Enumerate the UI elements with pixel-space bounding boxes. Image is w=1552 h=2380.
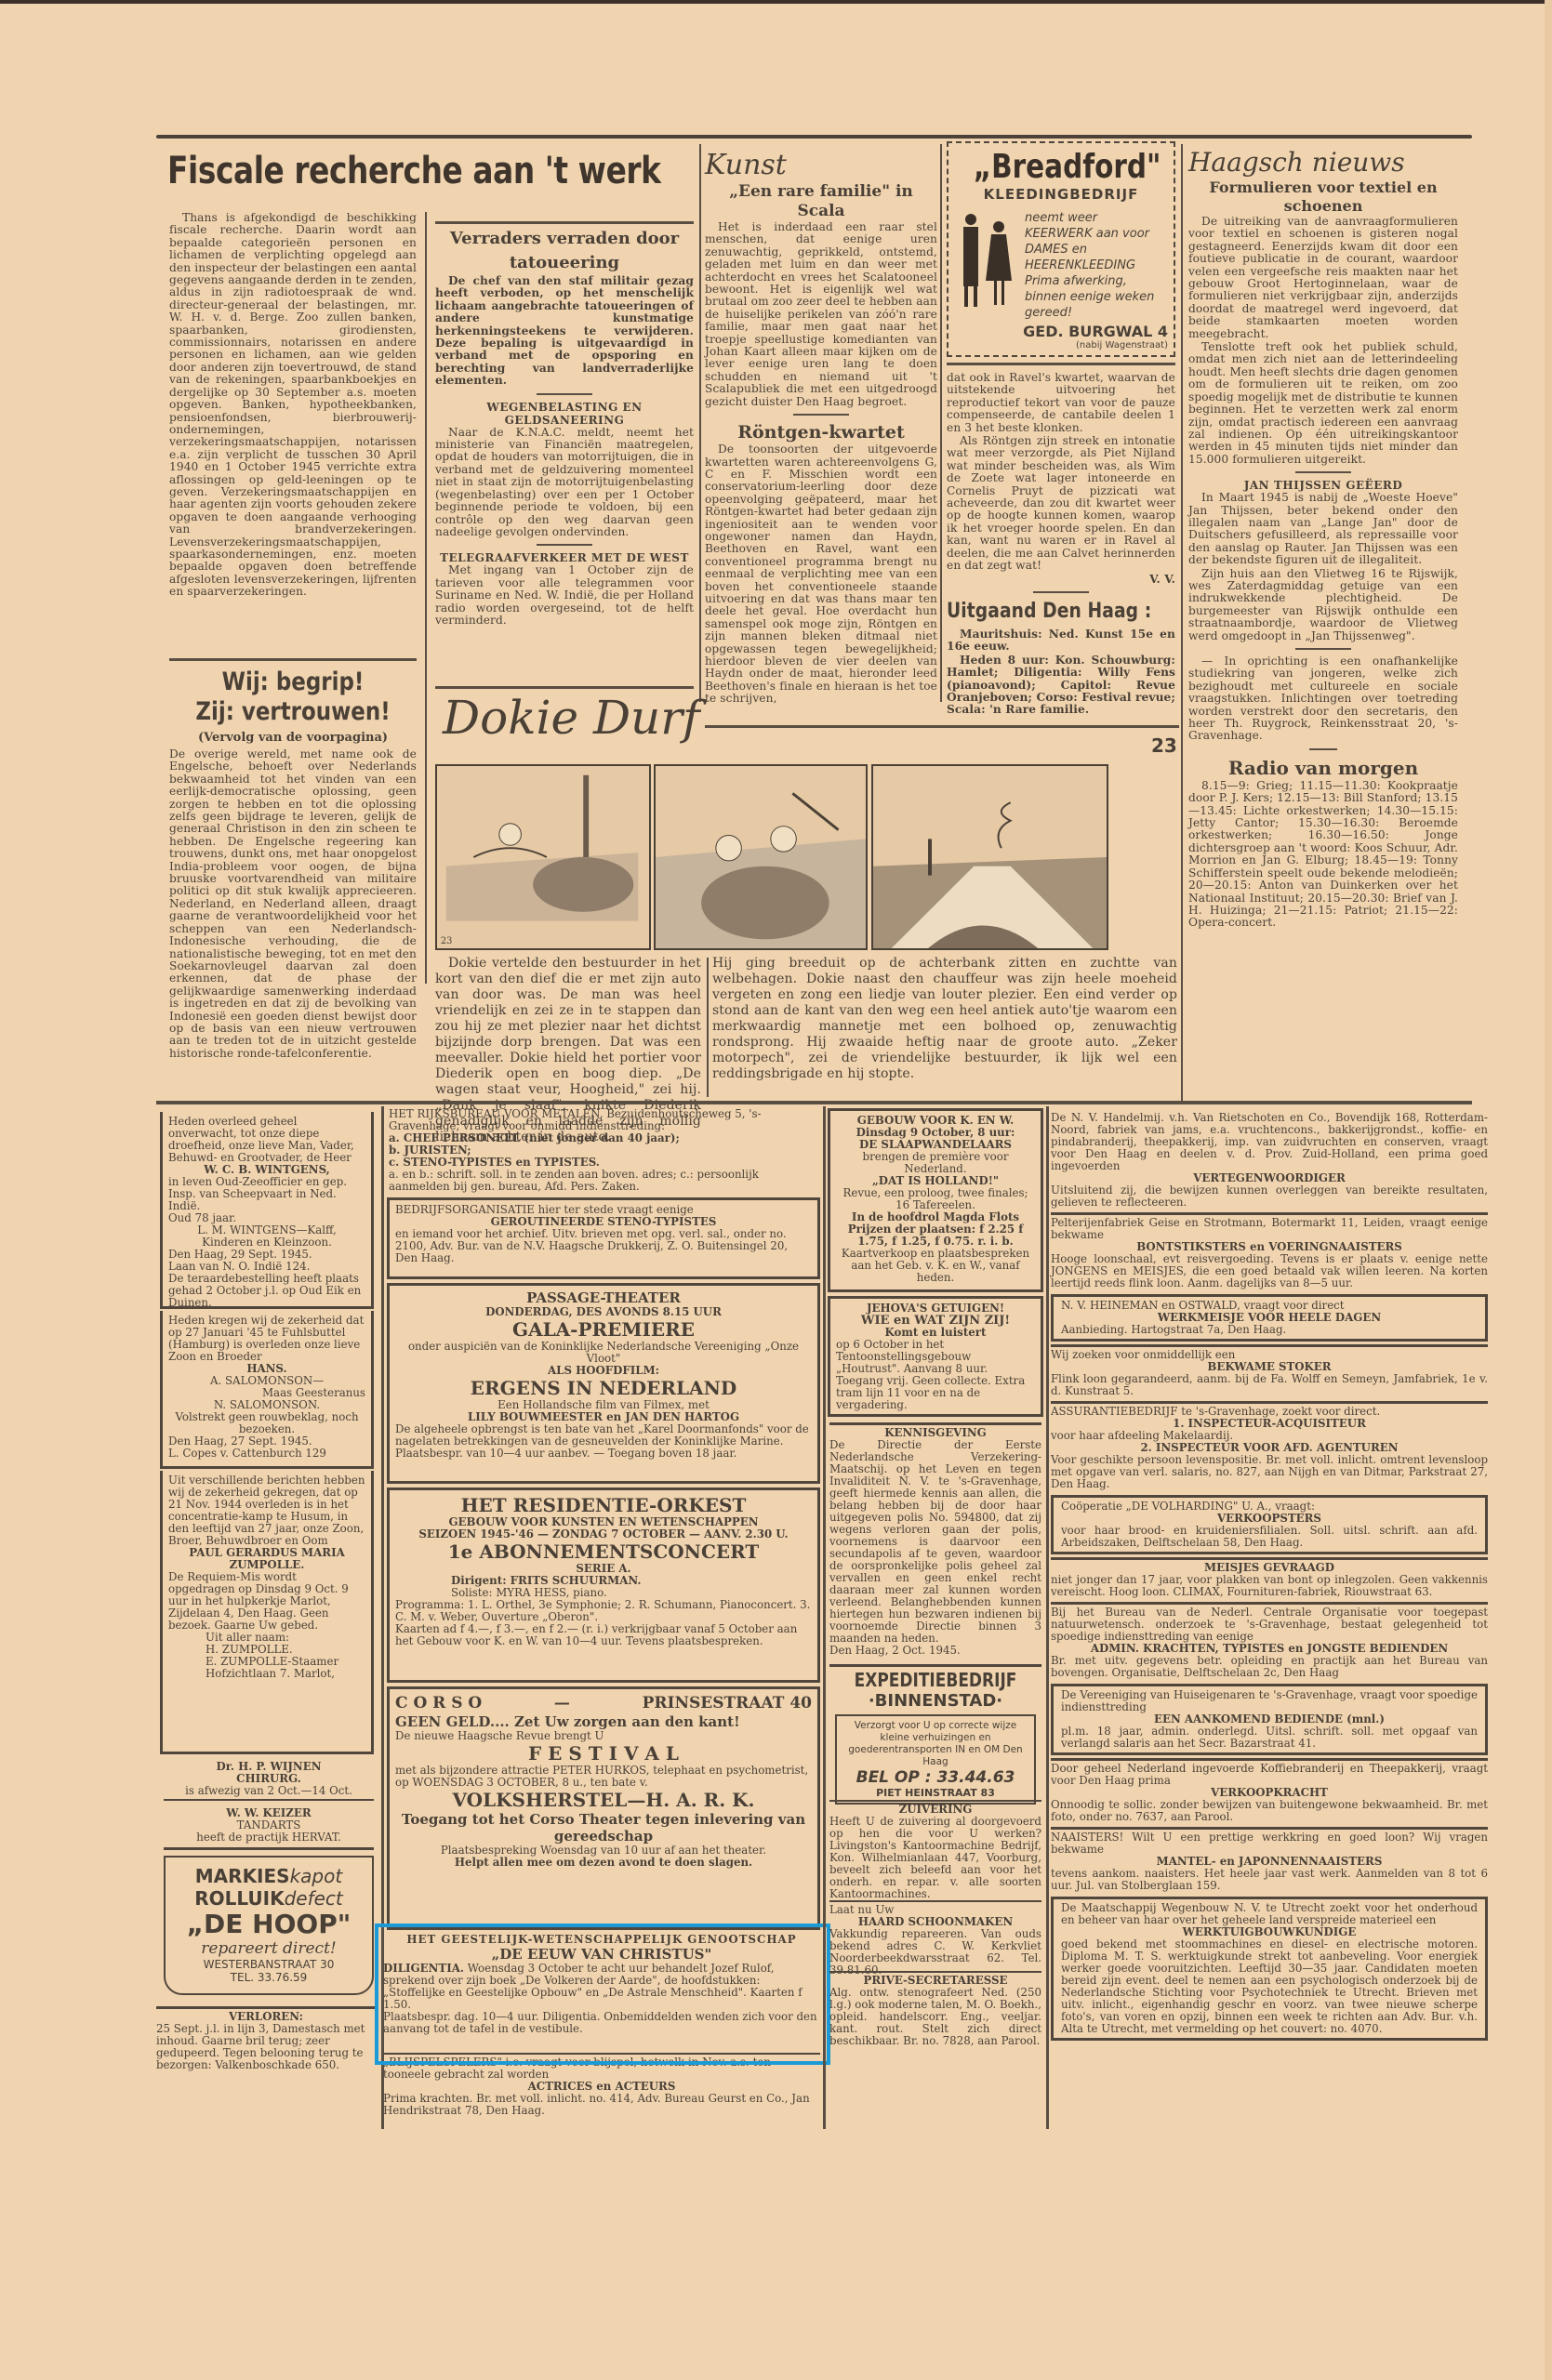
obituary-wintgens: Heden overleed geheel onverwacht, tot on… bbox=[160, 1112, 374, 1309]
studiekring-body: — In oprichting is een onafhankelijke st… bbox=[1188, 655, 1458, 743]
wij-body: De overige wereld, met name ook de Engel… bbox=[169, 748, 417, 1060]
classified-body: NAAISTERS! Wilt U een prettige werkkring… bbox=[1051, 1831, 1488, 1856]
divider bbox=[169, 658, 417, 661]
column-rule bbox=[707, 958, 709, 1097]
corso-ad[interactable]: C O R S O—PRINSESTRAAT 40 GEEN GELD.... … bbox=[387, 1686, 820, 1930]
classified-ad: Wij zoeken voor onmiddellijk eenBEKWAME … bbox=[1051, 1344, 1488, 1399]
passage-theater-ad[interactable]: PASSAGE-THEATER DONDERDAG, DES AVONDS 8.… bbox=[387, 1283, 820, 1484]
residentie-orkest-ad[interactable]: HET RESIDENTIE-ORKEST GEBOUW VOOR KUNSTE… bbox=[387, 1487, 820, 1683]
couple-figures-icon bbox=[954, 210, 1019, 312]
classified-ads-column: De N. V. Handelmij. v.h. Van Rietschoten… bbox=[1051, 1108, 1488, 2043]
de-hoop-name: „DE HOOP" bbox=[171, 1910, 366, 1939]
classified-ad: Coöperatie „DE VOLHARDING" U. A., vraagt… bbox=[1051, 1495, 1488, 1554]
breadford-ad[interactable]: „Breadford" KLEEDINGBEDRIJF neemt weer K… bbox=[947, 141, 1175, 357]
classified-ad: Door geheel Nederland ingevoerde Koffieb… bbox=[1051, 1758, 1488, 1825]
breadford-line-2: Prima afwerking, binnen eenige weken ger… bbox=[1025, 273, 1168, 321]
thijssen-headline: JAN THIJSSEN GEËERD bbox=[1188, 479, 1458, 492]
classified-body: De N. V. Handelmij. v.h. Van Rietschoten… bbox=[1051, 1112, 1488, 1172]
notice-keizer: W. W. KEIZER TANDARTS heeft de practijk … bbox=[164, 1807, 374, 1850]
wij-headline-2: Zij: vertrouwen! bbox=[188, 697, 398, 727]
breadford-address: GED. BURGWAL 4 bbox=[954, 323, 1168, 340]
divider bbox=[1033, 591, 1089, 593]
haard-ad: Laat nu Uw HAARD SCHOONMAKEN Vakkundig r… bbox=[829, 1900, 1041, 1977]
classified-footer: Br. met uitv. gegevens betr. opleiding e… bbox=[1051, 1655, 1488, 1679]
thijssen-body-1: In Maart 1945 is nabij de „Woeste Hoeve"… bbox=[1188, 492, 1458, 566]
comic-driving-illustration bbox=[656, 766, 866, 948]
kunst-section-title: Kunst bbox=[705, 149, 937, 182]
telegraaf-body: Met ingang van 1 October zijn de tarieve… bbox=[435, 564, 694, 627]
divider bbox=[1309, 748, 1337, 750]
classified-ad: MEISJES GEVRAAGDniet jonger dan 17 jaar,… bbox=[1051, 1557, 1488, 1600]
section-rule bbox=[156, 1101, 1472, 1104]
thijssen-body-2: Zijn huis aan den Vlietweg 16 te Rijswij… bbox=[1188, 568, 1458, 642]
wegenbelasting-headline: WEGENBELASTING EN GELDSANEERING bbox=[435, 401, 694, 427]
classified-footer: Hooge loonschaal, evt reisvergoeding. Te… bbox=[1051, 1253, 1488, 1289]
classified-footer: Onnoodig te sollic. zonder bewijzen van … bbox=[1051, 1799, 1488, 1823]
classified-ad: De N. V. Handelmij. v.h. Van Rietschoten… bbox=[1051, 1110, 1488, 1210]
verloren-notice: VERLOREN: 25 Sept. j.l. in lijn 3, Dames… bbox=[156, 2006, 376, 2071]
uitgaand-line-2: Heden 8 uur: Kon. Schouwburg: Hamlet; Di… bbox=[947, 654, 1175, 717]
divider bbox=[537, 393, 592, 395]
paper-edge bbox=[0, 0, 1552, 4]
classified-footer: goed bekend met stoommachines en diesel-… bbox=[1061, 1938, 1478, 2035]
fiscale-headline: Fiscale recherche aan 't werk bbox=[167, 149, 602, 193]
breadford-name: „Breadford" bbox=[974, 149, 1149, 186]
classified-footer: tevens aankom. naaisters. Het heele jaar… bbox=[1051, 1868, 1488, 1892]
comic-number: 23 bbox=[1151, 734, 1177, 757]
rontgen-headline: Röntgen-kwartet bbox=[705, 421, 937, 443]
verraders-headline: Verraders verraden door tatoueering bbox=[435, 227, 694, 275]
classified-ad: De Vereeniging van Huiseigenaren te 's-G… bbox=[1051, 1684, 1488, 1755]
classified-body: Pelterijenfabriek Geise en Strotmann, Bo… bbox=[1051, 1217, 1488, 1241]
classified-body: De Vereeniging van Huiseigenaren te 's-G… bbox=[1061, 1689, 1478, 1713]
classified-body: Door geheel Nederland ingevoerde Koffieb… bbox=[1051, 1763, 1488, 1787]
haagsch-section-title: Haagsch nieuws bbox=[1188, 147, 1458, 178]
classified-body: De Maatschappij Wegenbouw N. V. te Utrec… bbox=[1061, 1902, 1478, 1926]
prive-secretaresse-ad: PRIVE-SECRETARESSE Alg. ontw. stenografe… bbox=[829, 1971, 1041, 2047]
column-rule bbox=[1181, 144, 1183, 1102]
article-wij-begrip: Wij: begrip! Zij: vertrouwen! (Vervolg v… bbox=[169, 668, 417, 1061]
classified-ad: Pelterijenfabriek Geise en Strotmann, Bo… bbox=[1051, 1212, 1488, 1291]
rontgen-body-3: Als Röntgen zijn streek en intonatie wat… bbox=[947, 435, 1175, 572]
classified-ad: De Maatschappij Wegenbouw N. V. te Utrec… bbox=[1051, 1897, 1488, 2041]
divider bbox=[537, 544, 592, 546]
svg-text:23: 23 bbox=[441, 936, 452, 946]
divider bbox=[435, 686, 694, 689]
verraders-body: De chef van den staf militair gezag heef… bbox=[435, 275, 694, 388]
classified-ad: NAAISTERS! Wilt U een prettige werkkring… bbox=[1051, 1827, 1488, 1894]
comic-panel-2 bbox=[654, 764, 868, 950]
gebouw-kw-ad[interactable]: GEBOUW VOOR K. EN W. Dinsdag 9 October, … bbox=[828, 1108, 1043, 1292]
classified-ad: ASSURANTIEBEDRIJF te 's-Gravenhage, zoek… bbox=[1051, 1401, 1488, 1492]
article-fiscale: Fiscale recherche aan 't werk bbox=[167, 149, 697, 193]
eeuw-van-christus-ad[interactable]: HET GEESTELIJK-WETENSCHAPPELIJK GENOOTSC… bbox=[383, 1934, 820, 2035]
radio-body: 8.15—9: Grieg; 11.15—11.30: Kookpraatje … bbox=[1188, 780, 1458, 930]
divider bbox=[1295, 471, 1351, 473]
divider bbox=[705, 725, 1179, 728]
uitgaand-headline: Uitgaand Den Haag : bbox=[947, 599, 1141, 625]
kunst-body: Het is inderdaad een raar stel menschen,… bbox=[705, 221, 937, 408]
blijspel-ad: „BLIJSPELSPELERS" i.o. vraagt voor blijs… bbox=[383, 2053, 820, 2117]
classified-ad: Bij het Bureau van de Nederl. Centrale O… bbox=[1051, 1602, 1488, 1681]
classified-footer: niet jonger dan 17 jaar, voor plakken va… bbox=[1051, 1574, 1488, 1598]
wegenbelasting-body: Naar de K.N.A.C. meldt, neemt het minist… bbox=[435, 427, 694, 539]
obituary-zumpolle: Uit verschillende berichten hebben wij d… bbox=[160, 1471, 374, 1754]
de-hoop-ad[interactable]: MARKIESkapot ROLLUIKdefect „DE HOOP" rep… bbox=[164, 1856, 374, 1995]
classified-ad: N. V. HEINEMAN en OSTWALD, vraagt voor d… bbox=[1051, 1294, 1488, 1342]
article-verraders: Verraders verraden door tatoueering De c… bbox=[435, 227, 694, 628]
classified-footer: Flink loon gegarandeerd, aanm. bij de Fa… bbox=[1051, 1373, 1488, 1397]
zuivering-ad: ZUIVERING Heeft U de zuivering al doorge… bbox=[829, 1800, 1041, 1900]
breadford-content: neemt weer KEERWERK aan voor DAMES en HE… bbox=[954, 210, 1168, 321]
divider bbox=[435, 221, 694, 224]
column-rule bbox=[1046, 1106, 1049, 2129]
rontgen-body-1: De toonsoorten der uitgevoerde kwartette… bbox=[705, 443, 937, 706]
fiscale-body: Thans is afgekondigd de beschikking fisc… bbox=[169, 212, 417, 600]
bedrijfsorganisatie-ad: BEDRIJFSORGANISATIE hier ter stede vraag… bbox=[387, 1197, 820, 1279]
wij-subhead: (Vervolg van de voorpagina) bbox=[169, 731, 417, 745]
classified-footer: Aanbieding. Hartogstraat 7a, Den Haag. bbox=[1061, 1324, 1478, 1336]
comic-panel-1: 23 bbox=[435, 764, 651, 950]
rijksbureau-ad: HET RIJKSBUREAU VOOR METALEN, Bezuidenho… bbox=[389, 1108, 818, 1193]
rontgen-continued: dat ook in Ravel's kwartet, waarvan de u… bbox=[947, 372, 1175, 718]
classified-body: Bij het Bureau van de Nederl. Centrale O… bbox=[1051, 1606, 1488, 1643]
column-rule bbox=[823, 1106, 826, 2129]
divider bbox=[793, 414, 849, 416]
jehova-ad[interactable]: JEHOVA'S GETUIGEN! WIE en WAT ZIJN ZIJ! … bbox=[828, 1296, 1043, 1417]
paper-edge-right bbox=[1545, 0, 1552, 2380]
rontgen-signature: V. V. bbox=[947, 574, 1175, 586]
classified-footer: voor haar brood- en kruideniersfilialen.… bbox=[1061, 1525, 1478, 1549]
breadford-address-note: (nabij Wagenstraat) bbox=[954, 340, 1168, 350]
haagsch-body-2: Tenslotte treft ook het publiek schuld, … bbox=[1188, 341, 1458, 466]
divider bbox=[947, 363, 1175, 365]
classified-footer: Voor geschikte persoon levenspositie. Br… bbox=[1051, 1454, 1488, 1490]
kennisgeving-notice: KENNISGEVING De Directie der Eerste Nede… bbox=[829, 1422, 1041, 1657]
top-rule bbox=[156, 135, 1472, 139]
kunst-headline: „Een rare familie" in Scala bbox=[705, 182, 937, 221]
notice-wijnen: Dr. H. P. WIJNEN CHIRURG. is afwezig van… bbox=[164, 1761, 374, 1801]
obituary-salomonson: Heden kregen wij de zekerheid dat op 27 … bbox=[160, 1311, 374, 1469]
haagsch-body-1: De uitreiking van de aanvraagformulieren… bbox=[1188, 216, 1458, 340]
breadford-subtitle: KLEEDINGBEDRIJF bbox=[954, 186, 1168, 203]
breadford-line-1: neemt weer KEERWERK aan voor DAMES en HE… bbox=[1025, 210, 1168, 273]
classified-footer: Uitsluitend zij, die bewijzen kunnen ove… bbox=[1051, 1184, 1488, 1209]
expeditie-ad[interactable]: EXPEDITIEBEDRIJF ·BINNENSTAD· Verzorgt v… bbox=[829, 1664, 1041, 1808]
comic-car-thief-illustration: 23 bbox=[437, 766, 649, 948]
comic-title: Dokie Durf bbox=[443, 690, 700, 746]
column-rule bbox=[425, 212, 427, 984]
comic-panel-3 bbox=[871, 764, 1108, 950]
article-kunst: Kunst „Een rare familie" in Scala Het is… bbox=[705, 149, 937, 707]
telegraaf-headline: TELEGRAAFVERKEER MET DE WEST bbox=[435, 551, 694, 564]
divider bbox=[1295, 648, 1351, 650]
radio-headline: Radio van morgen bbox=[1188, 756, 1458, 780]
uitgaand-line-1: Mauritshuis: Ned. Kunst 15e en 16e eeuw. bbox=[947, 628, 1175, 654]
column-rule bbox=[699, 144, 701, 702]
column-rule bbox=[940, 144, 942, 702]
comic-text-2: Hij ging breeduit op de achterbank zitte… bbox=[712, 956, 1177, 1083]
wij-headline-1: Wij: begrip! bbox=[188, 668, 398, 697]
classified-footer: pl.m. 18 jaar, admin. onderlegd. Uitsl. … bbox=[1061, 1725, 1478, 1750]
comic-road-illustration bbox=[873, 766, 1107, 948]
article-haagsch: Haagsch nieuws Formulieren voor textiel … bbox=[1188, 147, 1458, 931]
rontgen-body-2: dat ook in Ravel's kwartet, waarvan de u… bbox=[947, 372, 1175, 434]
haagsch-headline: Formulieren voor textiel en schoenen bbox=[1188, 178, 1458, 216]
